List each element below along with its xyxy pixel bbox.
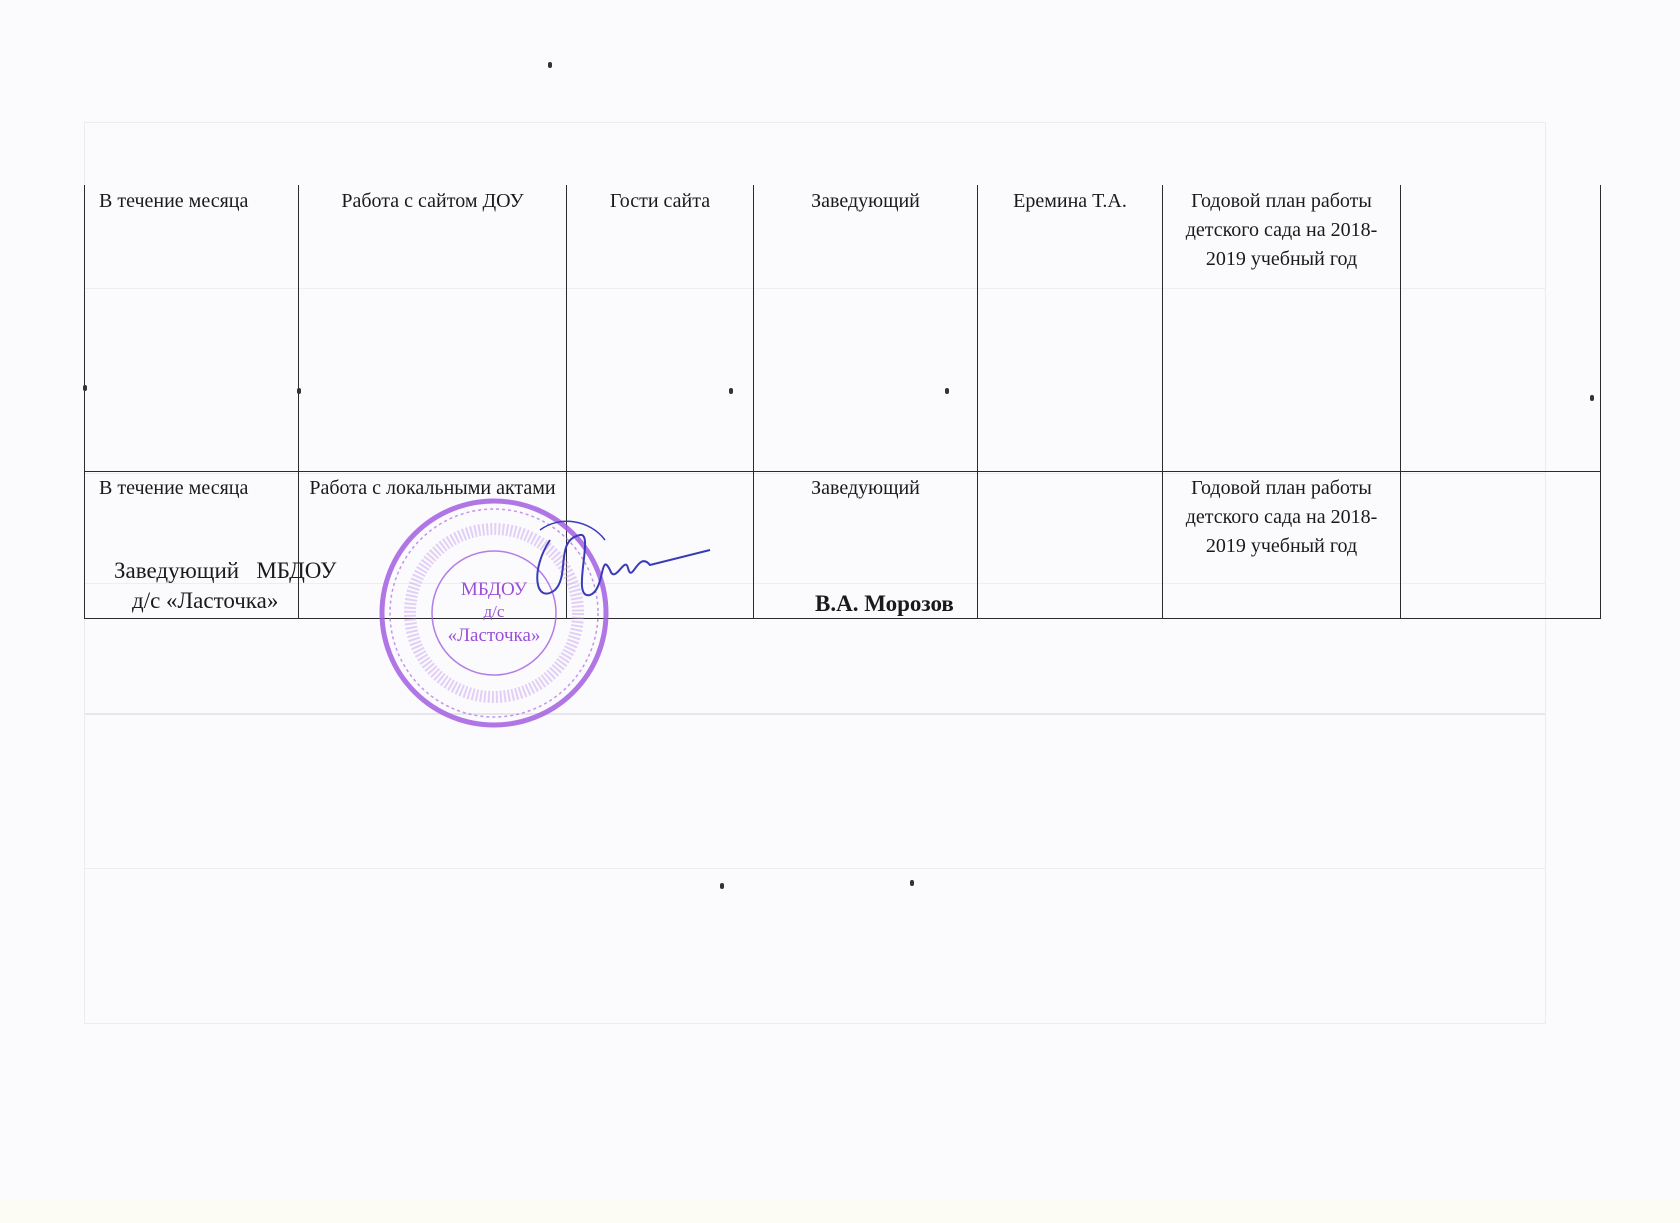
- handwritten-signature: [510, 510, 720, 620]
- cell-date: В течение месяца: [85, 185, 299, 471]
- scan-speck: [83, 385, 87, 391]
- scan-speck: [945, 388, 949, 394]
- svg-text:д/с: д/с: [484, 602, 505, 621]
- svg-text:«Ласточка»: «Ласточка»: [448, 625, 541, 646]
- position-line-1: Заведующий МБДОУ: [114, 556, 336, 586]
- scan-speck: [548, 62, 552, 68]
- scan-speck: [720, 883, 724, 889]
- cell-basis: Годовой план работы детского сада на 201…: [1163, 471, 1401, 618]
- cell-basis: Годовой план работы детского сада на 201…: [1163, 185, 1401, 471]
- scan-speck: [729, 388, 733, 394]
- plan-table: В течение месяца Работа с сайтом ДОУ Гос…: [84, 185, 1601, 619]
- cell-executor: Еремина Т.А.: [978, 185, 1163, 471]
- cell-note: [1401, 185, 1601, 471]
- table-row: В течение месяца Работа с сайтом ДОУ Гос…: [85, 185, 1601, 471]
- position-line-2: д/с «Ласточка»: [114, 586, 336, 616]
- cell-executor: [978, 471, 1163, 618]
- signatory-name: В.А. Морозов: [815, 591, 954, 617]
- cell-responsible: Заведующий: [754, 185, 978, 471]
- cell-participants: Гости сайта: [567, 185, 754, 471]
- scan-speck: [297, 388, 301, 394]
- cell-activity: Работа с сайтом ДОУ: [299, 185, 567, 471]
- scan-speck: [910, 880, 914, 886]
- cell-note: [1401, 471, 1601, 618]
- signatory-position: Заведующий МБДОУ д/с «Ласточка»: [114, 556, 336, 616]
- scan-speck: [1590, 395, 1594, 401]
- signature-icon: [510, 510, 720, 620]
- scan-edge: [0, 1200, 1680, 1223]
